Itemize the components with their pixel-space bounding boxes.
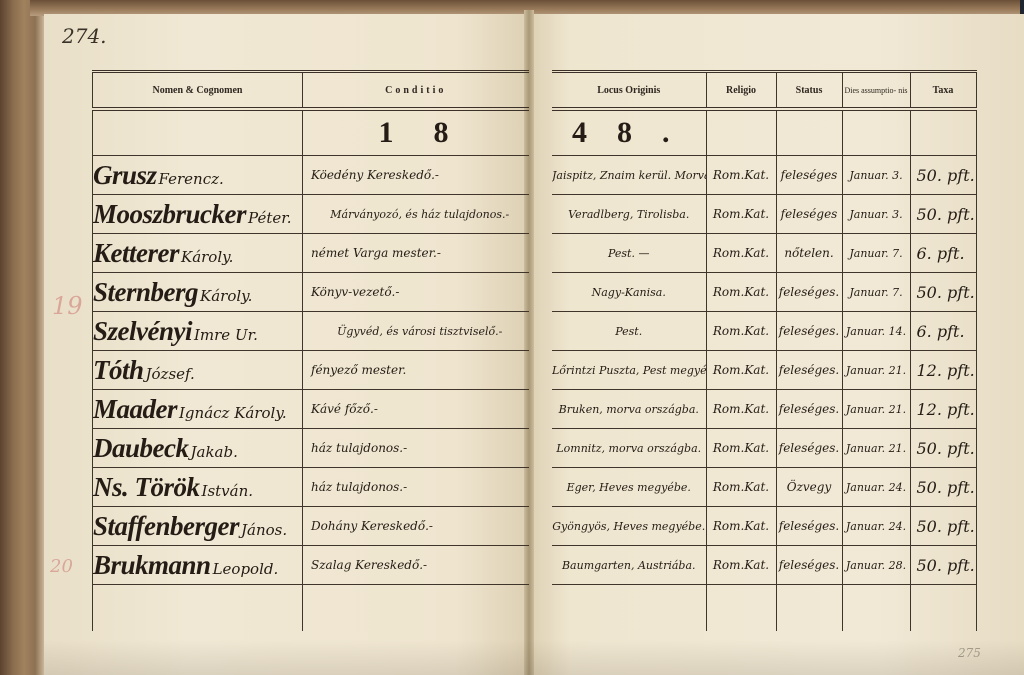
given-name: Károly. — [200, 287, 252, 305]
surname: Tóth — [93, 355, 144, 385]
dies-cell: Januar. 3. — [842, 195, 910, 234]
given-name: István. — [202, 482, 254, 500]
ledger-row: GruszFerencz.Köedény Kereskedő.- — [93, 156, 529, 195]
ledger-row: Lomnitz, morva országba.Rom.Kat.felesége… — [552, 429, 976, 468]
ledger-row: Bruken, morva országba.Rom.Kat.feleséges… — [552, 390, 976, 429]
locus-cell: Lomnitz, morva országba. — [552, 429, 706, 468]
religio-cell: Rom.Kat. — [706, 312, 776, 351]
conditio-cell: Kávé főző.- — [303, 390, 529, 429]
conditio-cell: Szalag Kereskedő.- — [303, 546, 529, 585]
dies-cell: Januar. 28. — [842, 546, 910, 585]
header-conditio: Conditio — [303, 72, 529, 110]
taxa-cell: 50. pft. — [910, 468, 976, 507]
locus-cell: Baumgarten, Austriába. — [552, 546, 706, 585]
empty-cell — [552, 585, 706, 632]
name-cell: TóthJózsef. — [93, 351, 303, 390]
empty-cell — [93, 585, 303, 632]
surname: Ketterer — [93, 238, 179, 268]
ledger-row: Jaispitz, Znaim kerül. Morva országba.Ro… — [552, 156, 976, 195]
given-name: Károly. — [181, 248, 233, 266]
name-cell: StaffenbergerJános. — [93, 507, 303, 546]
status-cell: feleséges. — [776, 546, 842, 585]
taxa-cell: 50. pft. — [910, 429, 976, 468]
taxa-cell: 50. pft. — [910, 156, 976, 195]
given-name: Péter. — [248, 209, 292, 227]
ledger-row: Pest. —Rom.Kat.nőtelen.Januar. 7.6. pft. — [552, 234, 976, 273]
empty-row — [93, 585, 529, 632]
page-shadow — [44, 640, 1024, 675]
given-name: József. — [146, 365, 195, 383]
conditio-cell: fényező mester. — [303, 351, 529, 390]
given-name: Jakab. — [190, 443, 237, 461]
ledger-row: Nagy-Kanisa.Rom.Kat.feleséges.Januar. 7.… — [552, 273, 976, 312]
dies-cell: Januar. 7. — [842, 234, 910, 273]
open-ledger-book: 274. 275 19 20 Nomen & Cognomen Conditio… — [0, 0, 1024, 675]
surname: Ns. Török — [93, 472, 200, 502]
name-cell: SzelvényiImre Ur. — [93, 312, 303, 351]
empty-cell — [776, 585, 842, 632]
status-cell: feleséges — [776, 156, 842, 195]
name-cell: SternbergKároly. — [93, 273, 303, 312]
year-spacer — [842, 109, 910, 156]
year-left: 18 — [303, 109, 529, 156]
dies-cell: Januar. 24. — [842, 507, 910, 546]
empty-cell — [706, 585, 776, 632]
status-cell: feleséges. — [776, 390, 842, 429]
ledger-right-table: Locus Originis Religio Status Dies assum… — [552, 70, 977, 631]
status-cell: feleséges. — [776, 507, 842, 546]
name-cell: MooszbruckerPéter. — [93, 195, 303, 234]
name-cell: BrukmannLeopold. — [93, 546, 303, 585]
conditio-cell: ház tulajdonos.- — [303, 429, 529, 468]
book-page-edges — [0, 0, 44, 675]
religio-cell: Rom.Kat. — [706, 156, 776, 195]
religio-cell: Rom.Kat. — [706, 429, 776, 468]
religio-cell: Rom.Kat. — [706, 390, 776, 429]
year-right: 48. — [552, 109, 706, 156]
status-cell: feleséges. — [776, 273, 842, 312]
surname: Brukmann — [93, 550, 211, 580]
ledger-row: KettererKároly.német Varga mester.- — [93, 234, 529, 273]
locus-cell: Pest. — — [552, 234, 706, 273]
dies-cell: Januar. 21. — [842, 390, 910, 429]
taxa-cell: 50. pft. — [910, 546, 976, 585]
ledger-row: SternbergKároly.Könyv-vezető.- — [93, 273, 529, 312]
locus-cell: Pest. — [552, 312, 706, 351]
taxa-cell: 6. pft. — [910, 234, 976, 273]
religio-cell: Rom.Kat. — [706, 507, 776, 546]
religio-cell: Rom.Kat. — [706, 234, 776, 273]
name-cell: KettererKároly. — [93, 234, 303, 273]
empty-cell — [303, 585, 529, 632]
given-name: János. — [241, 521, 287, 539]
header-status: Status — [776, 72, 842, 110]
status-cell: Özvegy — [776, 468, 842, 507]
locus-cell: Eger, Heves megyébe. — [552, 468, 706, 507]
religio-cell: Rom.Kat. — [706, 546, 776, 585]
surname: Szelvényi — [93, 316, 192, 346]
surname: Sternberg — [93, 277, 198, 307]
ledger-row: TóthJózsef.fényező mester. — [93, 351, 529, 390]
empty-cell — [842, 585, 910, 632]
religio-cell: Rom.Kat. — [706, 273, 776, 312]
locus-cell: Bruken, morva országba. — [552, 390, 706, 429]
header-taxa: Taxa — [910, 72, 976, 110]
ledger-row: StaffenbergerJános.Dohány Kereskedő.- — [93, 507, 529, 546]
conditio-cell: Köedény Kereskedő.- — [303, 156, 529, 195]
name-cell: Ns. TörökIstván. — [93, 468, 303, 507]
dies-cell: Januar. 7. — [842, 273, 910, 312]
margin-note: 19 — [52, 292, 83, 320]
ledger-row: Gyöngyös, Heves megyébe.Rom.Kat.felesége… — [552, 507, 976, 546]
ledger-row: BrukmannLeopold.Szalag Kereskedő.- — [93, 546, 529, 585]
ledger-row: Baumgarten, Austriába.Rom.Kat.feleséges.… — [552, 546, 976, 585]
surname: Daubeck — [93, 433, 188, 463]
conditio-cell: Márványozó, és ház tulajdonos.- — [303, 195, 529, 234]
locus-cell: Veradlberg, Tirolisba. — [552, 195, 706, 234]
empty-row — [552, 585, 976, 632]
year-spacer — [706, 109, 776, 156]
ledger-row: Lőrintzi Puszta, Pest megyébe.Rom.Kat.fe… — [552, 351, 976, 390]
status-cell: feleséges — [776, 195, 842, 234]
dies-cell: Januar. 21. — [842, 429, 910, 468]
ledger-row: MooszbruckerPéter.Márványozó, és ház tul… — [93, 195, 529, 234]
surname: Maader — [93, 394, 177, 424]
given-name: Leopold. — [213, 560, 279, 578]
given-name: Ignácz Károly. — [179, 404, 287, 422]
year-spacer — [910, 109, 976, 156]
name-cell: MaaderIgnácz Károly. — [93, 390, 303, 429]
locus-cell: Gyöngyös, Heves megyébe. — [552, 507, 706, 546]
locus-cell: Jaispitz, Znaim kerül. Morva országba. — [552, 156, 706, 195]
name-cell: DaubeckJakab. — [93, 429, 303, 468]
religio-cell: Rom.Kat. — [706, 351, 776, 390]
status-cell: nőtelen. — [776, 234, 842, 273]
locus-cell: Lőrintzi Puszta, Pest megyébe. — [552, 351, 706, 390]
dies-cell: Januar. 21. — [842, 351, 910, 390]
left-page-number: 274. — [62, 24, 107, 48]
header-locus: Locus Originis — [552, 72, 706, 110]
ledger-row: MaaderIgnácz Károly.Kávé főző.- — [93, 390, 529, 429]
dies-cell: Januar. 3. — [842, 156, 910, 195]
conditio-cell: német Varga mester.- — [303, 234, 529, 273]
given-name: Imre Ur. — [194, 326, 258, 344]
empty-cell — [910, 585, 976, 632]
ledger-row: SzelvényiImre Ur.Ügyvéd, és városi tiszt… — [93, 312, 529, 351]
dies-cell: Januar. 14. — [842, 312, 910, 351]
conditio-cell: Ügyvéd, és városi tisztviselő.- — [303, 312, 529, 351]
given-name: Ferencz. — [159, 170, 224, 188]
ledger-row: Ns. TörökIstván.ház tulajdonos.- — [93, 468, 529, 507]
ledger-row: DaubeckJakab.ház tulajdonos.- — [93, 429, 529, 468]
margin-note: 20 — [50, 556, 73, 577]
conditio-cell: Könyv-vezető.- — [303, 273, 529, 312]
header-name: Nomen & Cognomen — [93, 72, 303, 110]
surname: Grusz — [93, 160, 157, 190]
ledger-row: Veradlberg, Tirolisba.Rom.Kat.feleségesJ… — [552, 195, 976, 234]
conditio-cell: Dohány Kereskedő.- — [303, 507, 529, 546]
status-cell: feleséges. — [776, 312, 842, 351]
header-religio: Religio — [706, 72, 776, 110]
taxa-cell: 50. pft. — [910, 195, 976, 234]
name-cell: GruszFerencz. — [93, 156, 303, 195]
ledger-row: Eger, Heves megyébe.Rom.Kat.ÖzvegyJanuar… — [552, 468, 976, 507]
conditio-cell: ház tulajdonos.- — [303, 468, 529, 507]
taxa-cell: 6. pft. — [910, 312, 976, 351]
religio-cell: Rom.Kat. — [706, 195, 776, 234]
dies-cell: Januar. 24. — [842, 468, 910, 507]
year-spacer — [776, 109, 842, 156]
taxa-cell: 12. pft. — [910, 351, 976, 390]
status-cell: feleséges. — [776, 429, 842, 468]
status-cell: feleséges. — [776, 351, 842, 390]
year-spacer — [93, 109, 303, 156]
locus-cell: Nagy-Kanisa. — [552, 273, 706, 312]
header-dies: Dies assumptio- nis — [842, 72, 910, 110]
surname: Staffenberger — [93, 511, 239, 541]
taxa-cell: 50. pft. — [910, 273, 976, 312]
ledger-left-table: Nomen & Cognomen Conditio 18 GruszFerenc… — [92, 70, 529, 631]
religio-cell: Rom.Kat. — [706, 468, 776, 507]
taxa-cell: 12. pft. — [910, 390, 976, 429]
ledger-row: Pest.Rom.Kat.feleséges.Januar. 14.6. pft… — [552, 312, 976, 351]
surname: Mooszbrucker — [93, 199, 246, 229]
taxa-cell: 50. pft. — [910, 507, 976, 546]
